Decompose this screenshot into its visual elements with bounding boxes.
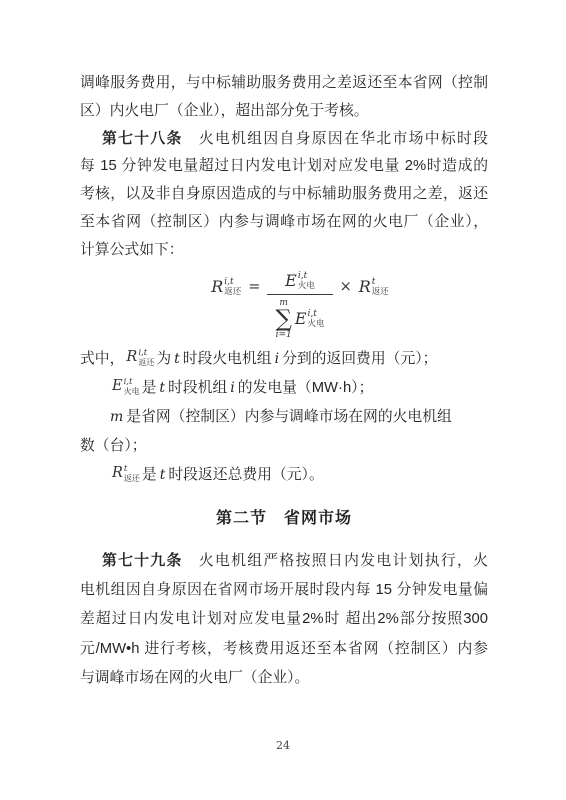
text-line: 计算公式如下： (80, 237, 488, 265)
fraction-numerator: E i,t 火电 (277, 271, 323, 294)
expl-line-r-t: Rt返还是t时段返还总费用（元）。 (80, 461, 488, 490)
text-line: 与调峰市场在网的火电厂（企业）。 (80, 664, 488, 693)
math-var-i: i (230, 380, 234, 396)
formula-lhs: R i,t 返还 (211, 277, 241, 297)
formula-rhs-scripts: t 返还 (372, 277, 389, 297)
text-line: 考核，以及非自身原因造成的与中标辅助服务费用之差，返还 (80, 181, 488, 209)
text-line: 元/MW•h 进行考核，考核费用返还至本省网（控制区）内参 (80, 635, 488, 664)
text-line: 第七十九条 火电机组严格按照日内发电计划执行，火 (80, 547, 488, 576)
text-line: 每 15 分钟发电量超过日内发电计划对应发电量 2%时造成的 (80, 153, 488, 181)
math-var-t: t (160, 467, 166, 483)
math-var-r-it: Ri,t返还 (126, 349, 154, 367)
text-line: 区）内火电厂（企业），超出部分免于考核。 (80, 98, 488, 126)
paragraph-article-79: 第七十九条 火电机组严格按照日内发电计划执行，火 电机组因自身原因在省网市场开展… (80, 547, 488, 694)
paragraph-continuation: 调峰服务费用，与中标辅助服务费用之差返还至本省网（控制 区）内火电厂（企业），超… (80, 70, 488, 126)
formula-lhs-base: R (211, 279, 223, 295)
page-number: 24 (0, 739, 566, 752)
expl-line-m: m是省网（控制区）内参与调峰市场在网的火电机组 (80, 403, 488, 432)
fraction-denominator: m ∑ i=1 E i,t 火电 (267, 294, 332, 340)
article-number: 第七十八条 (102, 131, 199, 147)
fraction: E i,t 火电 m ∑ i=1 E i,t 火电 (267, 271, 332, 340)
summation-symbol: m ∑ i=1 (275, 298, 291, 340)
math-var-e-it: Ei,t火电 (112, 378, 140, 396)
formula-rhs-base: R (359, 279, 371, 295)
formula-lhs-scripts: i,t 返还 (224, 277, 241, 297)
math-var-i: i (275, 351, 279, 367)
math-var-m: m (110, 409, 123, 425)
expl-line-r-it: 式中，Ri,t返还为t时段火电机组i分到的返回费用（元）； (80, 345, 488, 374)
article-number: 第七十九条 (102, 553, 199, 569)
math-var-r-t: Rt返还 (112, 465, 140, 483)
times-sign: × (340, 277, 352, 297)
text-line: 调峰服务费用，与中标辅助服务费用之差返还至本省网（控制 (80, 70, 488, 98)
page-content: 调峰服务费用，与中标辅助服务费用之差返还至本省网（控制 区）内火电厂（企业），超… (80, 70, 488, 694)
text-line: 电机组因自身原因在省网市场开展时段内每 15 分钟发电量偏 (80, 576, 488, 605)
math-formula: R i,t 返还 = E i,t 火电 m ∑ (96, 271, 504, 339)
text-line: 差超过日内发电计划对应发电量2%时 超出2%部分按照300 (80, 605, 488, 634)
text-line: 第七十八条 火电机组因自身原因在华北市场中标时段 (80, 126, 488, 154)
variable-explanations: 式中，Ri,t返还为t时段火电机组i分到的返回费用（元）； Ei,t火电是t时段… (80, 345, 488, 490)
math-var-t: t (174, 351, 180, 367)
equals-sign: = (248, 277, 260, 297)
article-text: 火电机组因自身原因在华北市场中标时段 (199, 131, 488, 147)
document-page: 调峰服务费用，与中标辅助服务费用之差返还至本省网（控制 区）内火电厂（企业），超… (0, 0, 566, 800)
expl-line-e-it: Ei,t火电是t时段机组i的发电量（MW·h）； (80, 374, 488, 403)
expl-line-m-wrap: 数（台）； (80, 432, 488, 461)
text-line: 至本省网（控制区）内参与调峰市场在网的火电厂（企业）， (80, 209, 488, 237)
paragraph-article-78: 第七十八条 火电机组因自身原因在华北市场中标时段 每 15 分钟发电量超过日内发… (80, 126, 488, 265)
section-heading: 第二节 省网市场 (80, 503, 488, 532)
article-text: 火电机组严格按照日内发电计划执行，火 (199, 553, 488, 569)
math-var-t: t (159, 380, 165, 396)
formula-rhs: R t 返还 (359, 277, 389, 297)
